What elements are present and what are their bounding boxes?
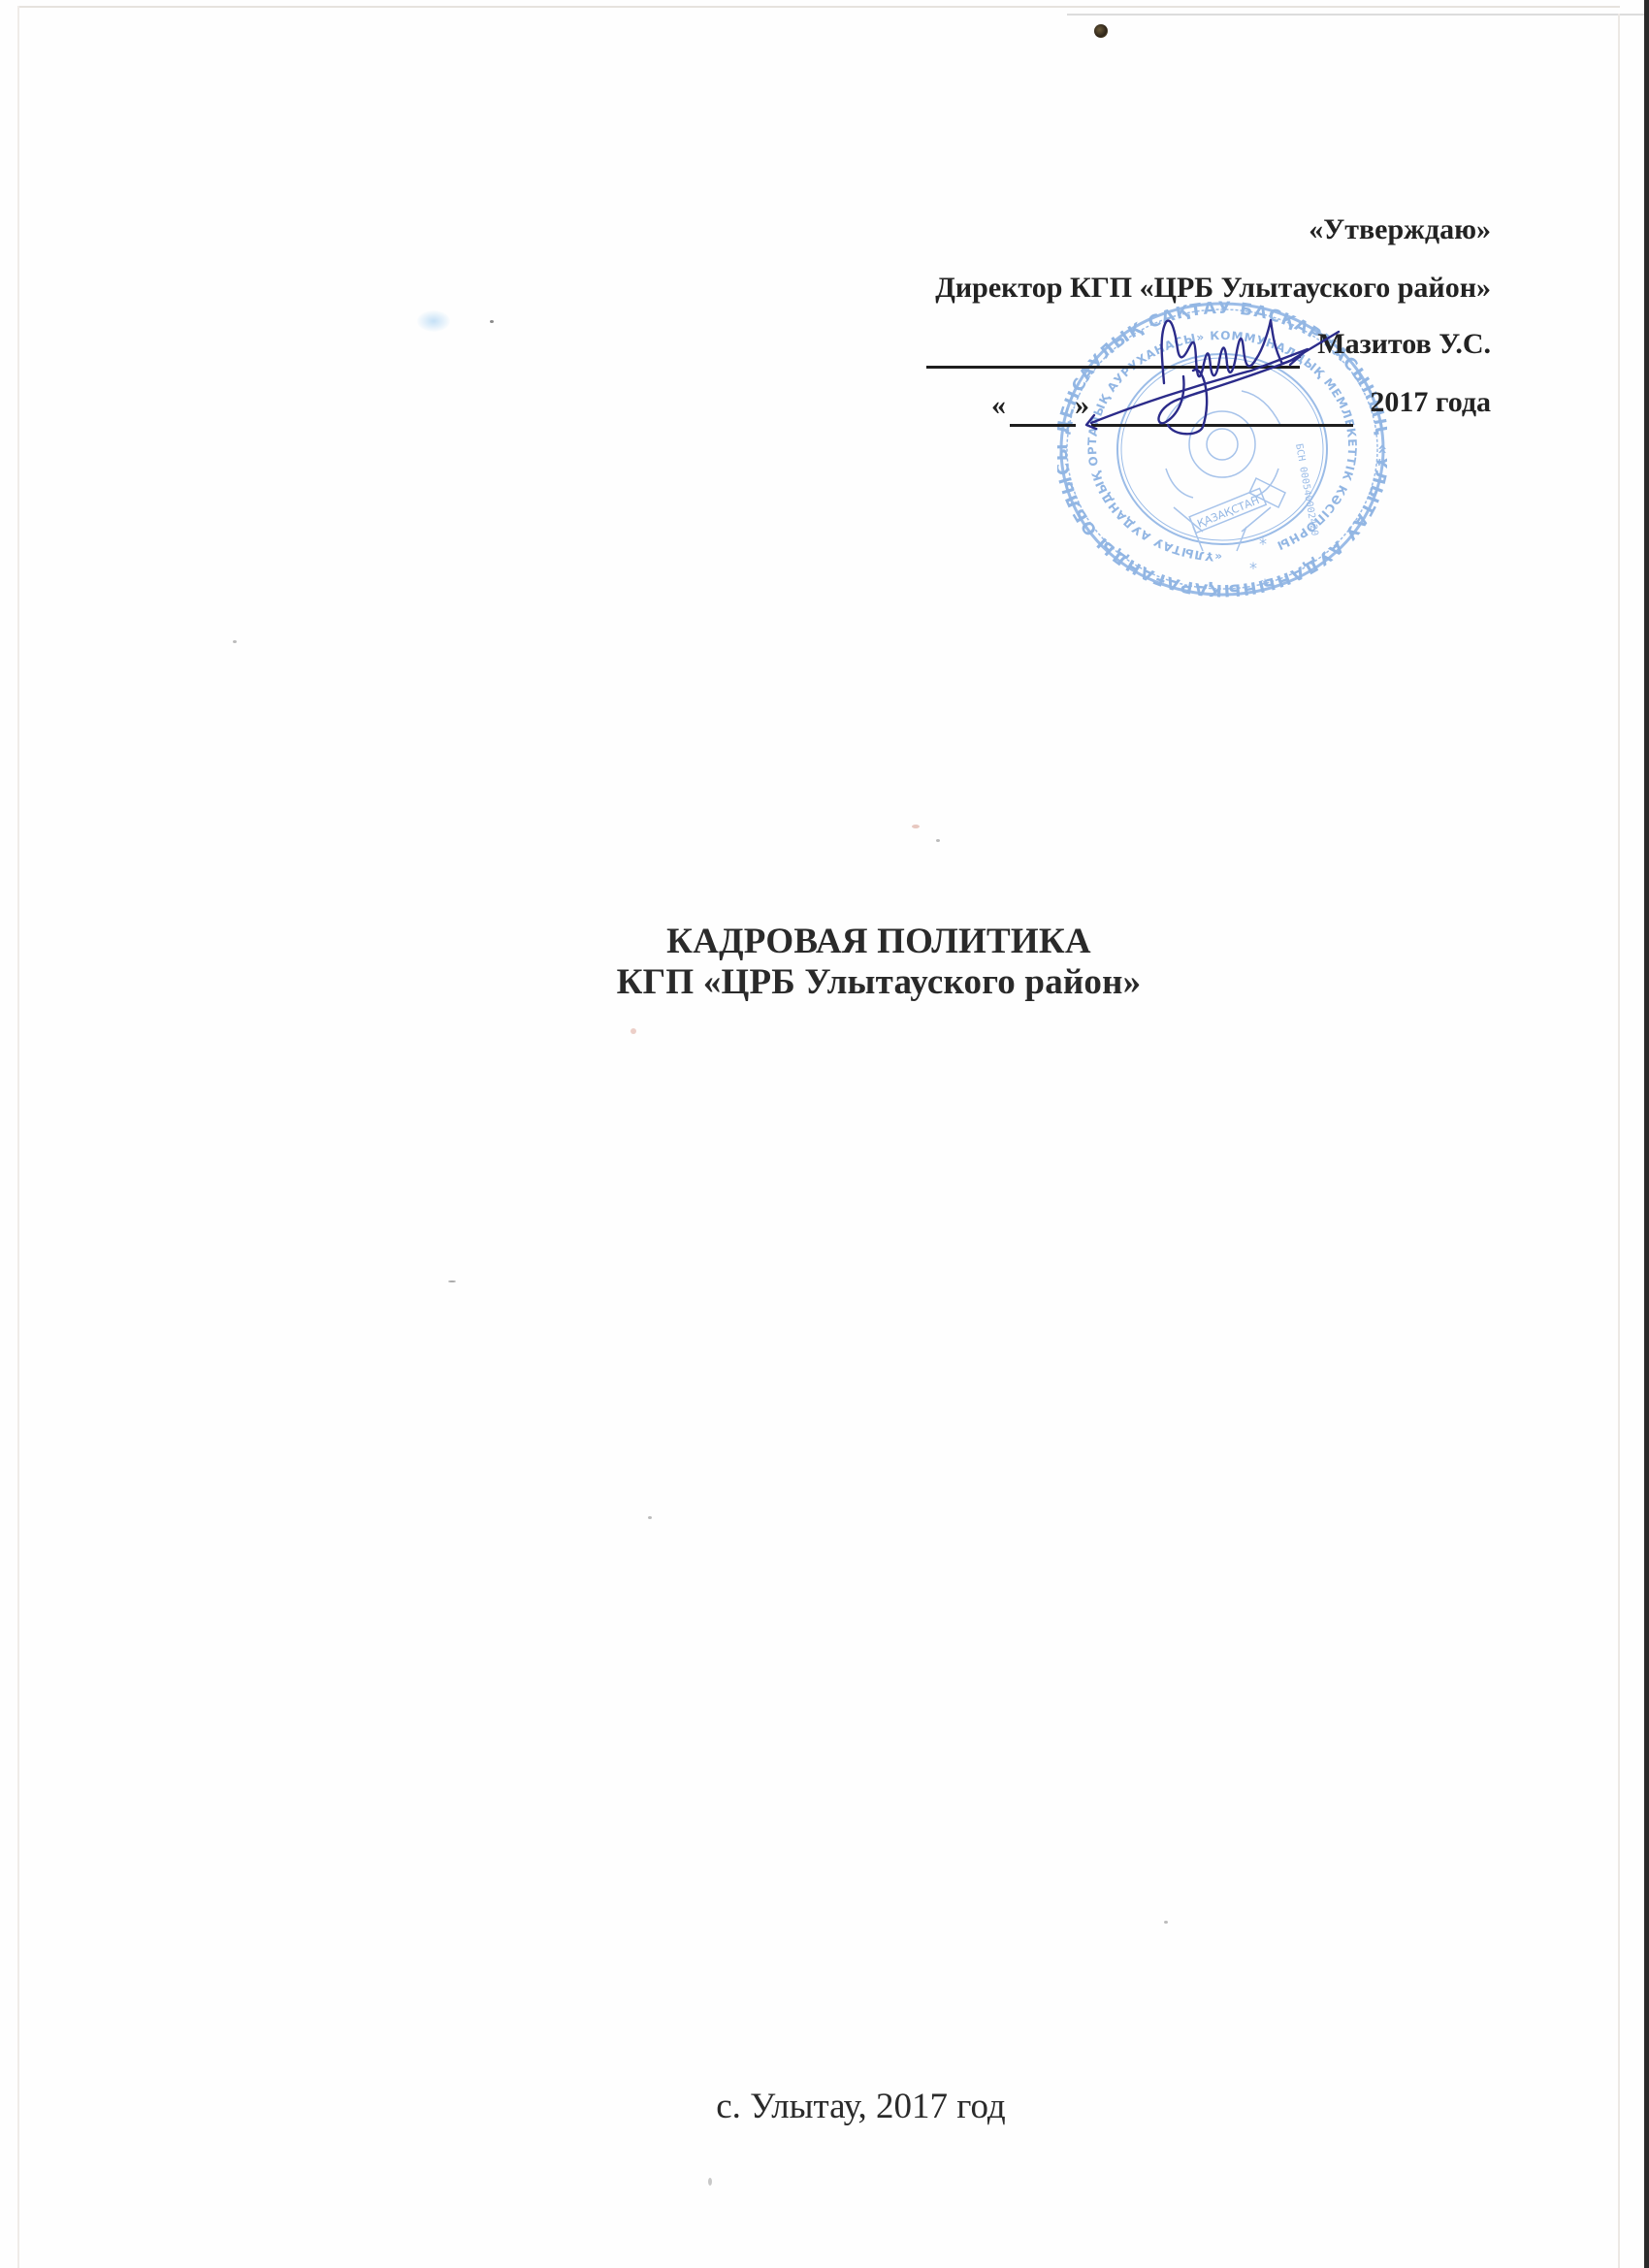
scan-speck — [708, 2178, 712, 2186]
scan-speck — [1164, 1921, 1168, 1924]
scan-edge-right-shadow — [1618, 14, 1620, 2268]
scan-speck — [630, 1028, 636, 1034]
document-title: КАДРОВАЯ ПОЛИТИКА КГП «ЦРБ Улытауского р… — [0, 922, 1649, 1003]
date-open-quote: « — [991, 391, 1006, 420]
svg-text:*: * — [1261, 575, 1269, 594]
scan-speck — [648, 1516, 652, 1519]
document-page: ҚАРАҒАНДЫ ОБЛЫСЫ ДЕНСАУЛЫҚ САҚТАУ БАСҚАР… — [0, 0, 1649, 2268]
scan-speck — [233, 640, 237, 643]
svg-text:*: * — [1249, 559, 1257, 577]
document-title-line-2: КГП «ЦРБ Улытауского район» — [0, 962, 1649, 1003]
handwritten-signature-icon — [1057, 291, 1348, 446]
scan-edge-top — [19, 6, 1620, 8]
approval-date-year: 2017 года — [1370, 388, 1491, 417]
staple-hole-icon — [1094, 24, 1108, 38]
svg-text:ҚАЗАҚСТАН: ҚАЗАҚСТАН — [1195, 494, 1261, 530]
scan-edge-top-shadow — [1067, 14, 1649, 16]
scan-edge-left — [17, 6, 19, 2268]
scan-speck — [936, 839, 940, 842]
approve-heading: «Утверждаю» — [1309, 215, 1491, 244]
place-and-year: с. Улытау, 2017 год — [0, 2088, 1649, 2126]
svg-text:*: * — [1259, 535, 1267, 553]
ink-spot — [417, 310, 450, 332]
scan-speck — [490, 320, 494, 323]
scan-speck — [448, 1280, 456, 1282]
document-title-line-1: КАДРОВАЯ ПОЛИТИКА — [0, 922, 1649, 962]
scan-speck — [912, 825, 920, 828]
scan-edge-right — [1644, 0, 1649, 2268]
